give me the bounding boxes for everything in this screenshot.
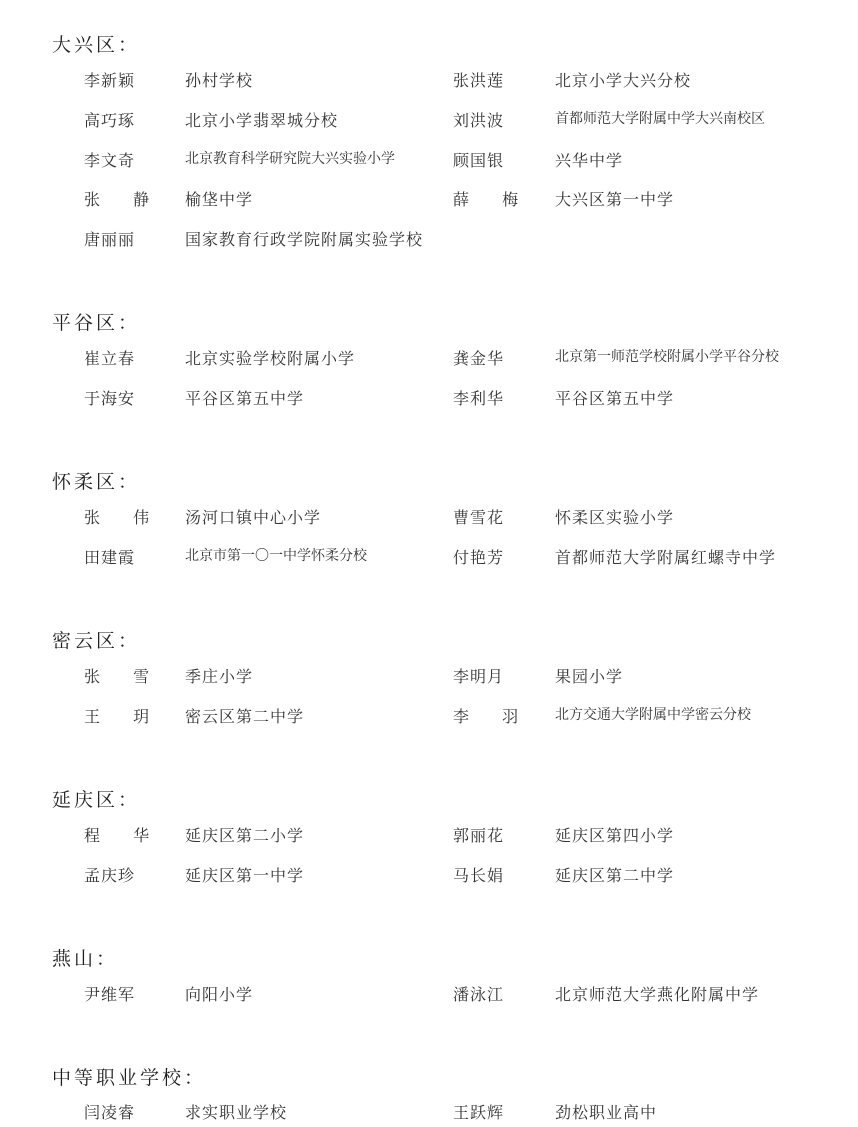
section-heading: 大兴区：	[52, 30, 140, 57]
person-name: 程 华	[84, 823, 154, 846]
table-row: 孟庆珍 延庆区第一中学 马长娟 延庆区第二中学	[0, 863, 858, 887]
school-name: 孙村学校	[185, 68, 253, 91]
person-name: 田建霞	[84, 545, 154, 568]
school-name: 季庄小学	[185, 664, 253, 687]
school-name: 北京师范大学燕化附属中学	[555, 982, 759, 1005]
school-name: 怀柔区实验小学	[555, 505, 674, 528]
person-name: 孟庆珍	[84, 863, 154, 886]
school-name: 国家教育行政学院附属实验学校	[185, 227, 423, 250]
school-name: 平谷区第五中学	[185, 386, 304, 409]
person-name: 于海安	[84, 386, 154, 409]
person-name: 王 玥	[84, 704, 154, 727]
person-name: 张 静	[84, 187, 154, 210]
person-name: 高巧琢	[84, 108, 154, 131]
section-heading: 燕山：	[52, 944, 118, 971]
school-name: 北京实验学校附属小学	[185, 346, 355, 369]
person-name: 潘泳江	[453, 982, 523, 1005]
person-name: 马长娟	[453, 863, 523, 886]
person-name: 薛 梅	[453, 187, 523, 210]
school-name: 密云区第二中学	[185, 704, 304, 727]
person-name: 张洪莲	[453, 68, 523, 91]
school-name: 北京第一师范学校附属小学平谷分校	[555, 346, 779, 366]
person-name: 闫凌睿	[84, 1100, 154, 1123]
school-name: 首都师范大学附属红螺寺中学	[555, 545, 776, 568]
person-name: 尹维军	[84, 982, 154, 1005]
school-name: 延庆区第二中学	[555, 863, 674, 886]
person-name: 李 羽	[453, 704, 523, 727]
school-name: 延庆区第一中学	[185, 863, 304, 886]
table-row: 张 雪 季庄小学 李明月 果园小学	[0, 664, 858, 688]
person-name: 张 雪	[84, 664, 154, 687]
school-name: 平谷区第五中学	[555, 386, 674, 409]
person-name: 李明月	[453, 664, 523, 687]
person-name: 郭丽花	[453, 823, 523, 846]
school-name: 求实职业学校	[185, 1100, 287, 1123]
school-name: 果园小学	[555, 664, 623, 687]
person-name: 李文奇	[84, 148, 154, 171]
person-name: 李利华	[453, 386, 523, 409]
person-name: 王跃辉	[453, 1100, 523, 1123]
school-name: 汤河口镇中心小学	[185, 505, 321, 528]
person-name: 曹雪花	[453, 505, 523, 528]
table-row: 闫凌睿 求实职业学校 王跃辉 劲松职业高中	[0, 1100, 858, 1124]
table-row: 李文奇 北京教育科学研究院大兴实验小学 顾国银 兴华中学	[0, 148, 858, 172]
table-row: 崔立春 北京实验学校附属小学 龚金华 北京第一师范学校附属小学平谷分校	[0, 346, 858, 370]
document-page: 大兴区： 李新颖 孙村学校 张洪莲 北京小学大兴分校 高巧琢 北京小学翡翠城分校…	[0, 0, 858, 1127]
person-name: 张 伟	[84, 505, 154, 528]
school-name: 大兴区第一中学	[555, 187, 674, 210]
school-name: 北京教育科学研究院大兴实验小学	[185, 148, 395, 168]
school-name: 榆垡中学	[185, 187, 253, 210]
school-name: 北方交通大学附属中学密云分校	[555, 704, 751, 724]
person-name: 付艳芳	[453, 545, 523, 568]
table-row: 程 华 延庆区第二小学 郭丽花 延庆区第四小学	[0, 823, 858, 847]
section-heading: 平谷区：	[52, 308, 140, 335]
school-name: 向阳小学	[185, 982, 253, 1005]
section-heading: 中等职业学校：	[52, 1063, 206, 1090]
table-row: 张 静 榆垡中学 薛 梅 大兴区第一中学	[0, 187, 858, 211]
section-heading: 密云区：	[52, 626, 140, 653]
school-name: 首都师范大学附属中学大兴南校区	[555, 108, 765, 128]
school-name: 北京市第一〇一中学怀柔分校	[185, 545, 367, 565]
person-name: 刘洪波	[453, 108, 523, 131]
table-row: 田建霞 北京市第一〇一中学怀柔分校 付艳芳 首都师范大学附属红螺寺中学	[0, 545, 858, 569]
table-row: 王 玥 密云区第二中学 李 羽 北方交通大学附属中学密云分校	[0, 704, 858, 728]
school-name: 北京小学大兴分校	[555, 68, 691, 91]
school-name: 兴华中学	[555, 148, 623, 171]
section-heading: 怀柔区：	[52, 467, 140, 494]
person-name: 唐丽丽	[84, 227, 154, 250]
table-row: 高巧琢 北京小学翡翠城分校 刘洪波 首都师范大学附属中学大兴南校区	[0, 108, 858, 132]
person-name: 李新颖	[84, 68, 154, 91]
school-name: 延庆区第四小学	[555, 823, 674, 846]
school-name: 劲松职业高中	[555, 1100, 657, 1123]
table-row: 张 伟 汤河口镇中心小学 曹雪花 怀柔区实验小学	[0, 505, 858, 529]
person-name: 崔立春	[84, 346, 154, 369]
table-row: 唐丽丽 国家教育行政学院附属实验学校	[0, 227, 858, 251]
person-name: 龚金华	[453, 346, 523, 369]
table-row: 李新颖 孙村学校 张洪莲 北京小学大兴分校	[0, 68, 858, 92]
section-heading: 延庆区：	[52, 785, 140, 812]
table-row: 尹维军 向阳小学 潘泳江 北京师范大学燕化附属中学	[0, 982, 858, 1006]
school-name: 北京小学翡翠城分校	[185, 108, 338, 131]
person-name: 顾国银	[453, 148, 523, 171]
table-row: 于海安 平谷区第五中学 李利华 平谷区第五中学	[0, 386, 858, 410]
school-name: 延庆区第二小学	[185, 823, 304, 846]
